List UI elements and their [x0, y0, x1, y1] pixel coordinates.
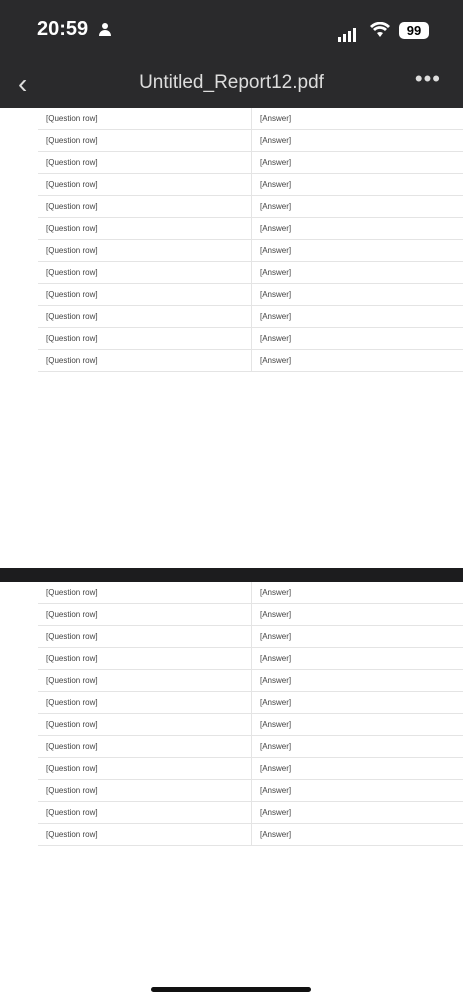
question-cell: [Question row] — [38, 714, 252, 735]
answer-cell: [Answer] — [252, 350, 463, 371]
answer-cell: [Answer] — [252, 284, 463, 305]
question-cell: [Question row] — [38, 262, 252, 283]
pdf-page-1: [Question row][Answer][Question row][Ans… — [0, 108, 463, 568]
question-cell: [Question row] — [38, 130, 252, 151]
table-row: [Question row][Answer] — [38, 174, 463, 196]
signal-icon — [338, 24, 358, 42]
answer-cell: [Answer] — [252, 130, 463, 151]
table-row: [Question row][Answer] — [38, 648, 463, 670]
question-cell: [Question row] — [38, 670, 252, 691]
answer-cell: [Answer] — [252, 604, 463, 625]
question-cell: [Question row] — [38, 174, 252, 195]
question-cell: [Question row] — [38, 350, 252, 371]
answer-cell: [Answer] — [252, 152, 463, 173]
table-row: [Question row][Answer] — [38, 758, 463, 780]
table-row: [Question row][Answer] — [38, 802, 463, 824]
table-row: [Question row][Answer] — [38, 108, 463, 130]
answer-cell: [Answer] — [252, 736, 463, 757]
question-cell: [Question row] — [38, 108, 252, 129]
answer-cell: [Answer] — [252, 196, 463, 217]
person-icon — [98, 22, 112, 36]
question-cell: [Question row] — [38, 240, 252, 261]
table-row: [Question row][Answer] — [38, 692, 463, 714]
answer-cell: [Answer] — [252, 802, 463, 823]
question-cell: [Question row] — [38, 604, 252, 625]
table-row: [Question row][Answer] — [38, 670, 463, 692]
question-cell: [Question row] — [38, 152, 252, 173]
table-row: [Question row][Answer] — [38, 328, 463, 350]
pdf-viewer-header: ‹ Untitled_Report12.pdf ••• — [0, 60, 463, 108]
answer-cell: [Answer] — [252, 174, 463, 195]
table-row: [Question row][Answer] — [38, 306, 463, 328]
table-row: [Question row][Answer] — [38, 626, 463, 648]
clock: 20:59 — [37, 18, 88, 41]
table-row: [Question row][Answer] — [38, 736, 463, 758]
question-cell: [Question row] — [38, 582, 252, 603]
question-cell: [Question row] — [38, 824, 252, 845]
table-row: [Question row][Answer] — [38, 284, 463, 306]
answer-cell: [Answer] — [252, 714, 463, 735]
question-cell: [Question row] — [38, 218, 252, 239]
table-row: [Question row][Answer] — [38, 350, 463, 372]
document-title: Untitled_Report12.pdf — [0, 72, 463, 94]
question-cell: [Question row] — [38, 306, 252, 327]
table-row: [Question row][Answer] — [38, 240, 463, 262]
question-cell: [Question row] — [38, 196, 252, 217]
answer-cell: [Answer] — [252, 780, 463, 801]
answer-cell: [Answer] — [252, 218, 463, 239]
answer-cell: [Answer] — [252, 824, 463, 845]
answer-cell: [Answer] — [252, 262, 463, 283]
table-row: [Question row][Answer] — [38, 262, 463, 284]
answer-cell: [Answer] — [252, 582, 463, 603]
home-indicator[interactable] — [151, 987, 311, 992]
answer-cell: [Answer] — [252, 758, 463, 779]
answer-cell: [Answer] — [252, 108, 463, 129]
question-cell: [Question row] — [38, 284, 252, 305]
battery-indicator: 99 — [399, 22, 429, 39]
question-cell: [Question row] — [38, 692, 252, 713]
question-cell: [Question row] — [38, 780, 252, 801]
table-row: [Question row][Answer] — [38, 824, 463, 846]
answer-cell: [Answer] — [252, 626, 463, 647]
question-cell: [Question row] — [38, 736, 252, 757]
answer-cell: [Answer] — [252, 240, 463, 261]
table-row: [Question row][Answer] — [38, 604, 463, 626]
table-row: [Question row][Answer] — [38, 714, 463, 736]
more-options-button[interactable]: ••• — [415, 66, 441, 92]
question-cell: [Question row] — [38, 328, 252, 349]
answer-cell: [Answer] — [252, 670, 463, 691]
answer-cell: [Answer] — [252, 306, 463, 327]
table-row: [Question row][Answer] — [38, 582, 463, 604]
wifi-icon — [370, 22, 390, 38]
table-row: [Question row][Answer] — [38, 196, 463, 218]
table-row: [Question row][Answer] — [38, 780, 463, 802]
question-cell: [Question row] — [38, 626, 252, 647]
answer-cell: [Answer] — [252, 328, 463, 349]
table-row: [Question row][Answer] — [38, 130, 463, 152]
status-bar: 20:59 99 — [0, 0, 463, 60]
answer-cell: [Answer] — [252, 692, 463, 713]
answer-cell: [Answer] — [252, 648, 463, 669]
question-cell: [Question row] — [38, 802, 252, 823]
question-cell: [Question row] — [38, 648, 252, 669]
pdf-page-2: [Question row][Answer][Question row][Ans… — [0, 582, 463, 1000]
question-cell: [Question row] — [38, 758, 252, 779]
table-row: [Question row][Answer] — [38, 152, 463, 174]
table-row: [Question row][Answer] — [38, 218, 463, 240]
